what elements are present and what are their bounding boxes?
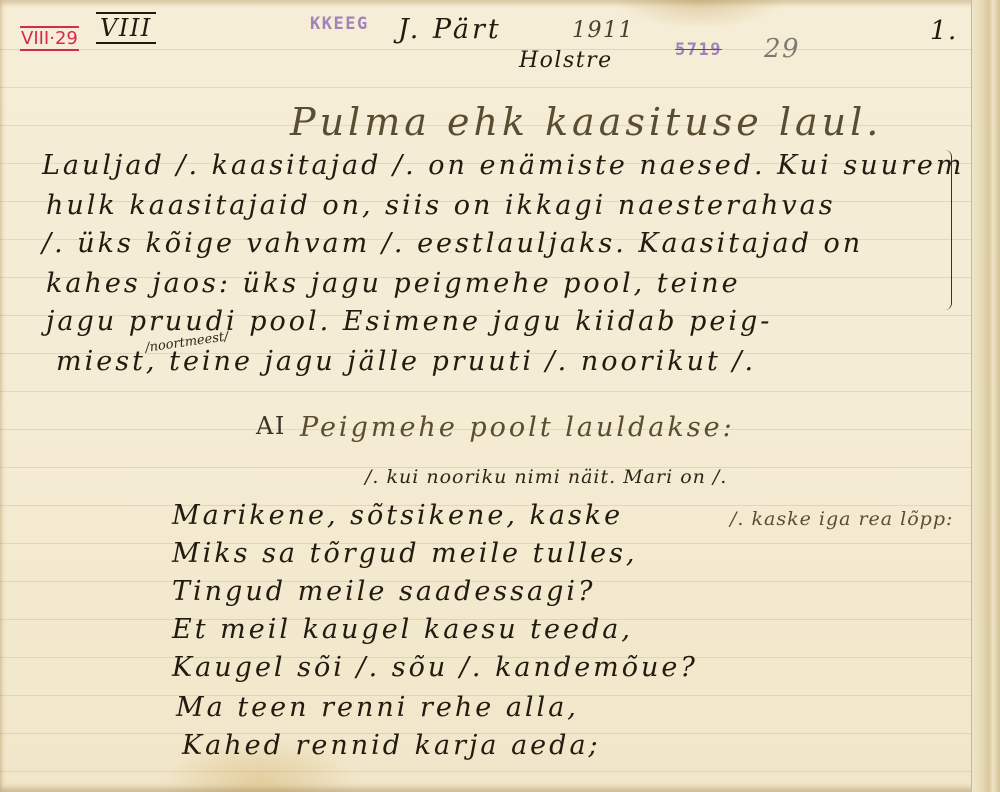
verse-line-7: Kahed rennid karja aeda; — [182, 730, 601, 761]
intro-line-4: kahes jaos: üks jagu peigmehe pool, tein… — [46, 268, 741, 299]
year: 1911 — [572, 18, 634, 43]
section-marker: AI — [256, 412, 286, 440]
verse-line-6: Ma teen renni rehe alla, — [176, 692, 579, 723]
old-number-stamp: 5719 — [675, 40, 722, 60]
section-heading: Peigmehe poolt lauldakse: — [300, 412, 735, 443]
verse-line-1: Marikene, sõtsikene, kaske — [172, 500, 623, 531]
collector-name: J. Pärt — [398, 14, 502, 45]
song-title: Pulma ehk kaasituse laul. — [290, 100, 882, 144]
notebook-page-edge — [971, 0, 1000, 792]
verse-line-3: Tingud meile saadessagi? — [172, 576, 596, 607]
repeat-note: /. kaske iga rea lõpp: — [730, 508, 953, 530]
intro-line-3: /. üks kõige vahvam /. eestlauljaks. Kaa… — [42, 228, 863, 259]
archive-ref-red: VIII·29 — [20, 28, 79, 49]
parish-name: Holstre — [519, 48, 613, 73]
faint-stamp: KKEEG — [310, 14, 369, 34]
page-number: 1. — [930, 16, 958, 46]
intro-line-1: Lauljad /. kaasitajad /. on enämiste nae… — [42, 150, 965, 181]
verse-line-5: Kaugel sõi /. sõu /. kandemõue? — [172, 652, 698, 683]
intro-line-5: jagu pruudi pool. Esimene jagu kiidab pe… — [46, 306, 772, 337]
intro-line-2: hulk kaasitajaid on, siis on ikkagi naes… — [46, 190, 836, 221]
intro-line-6: miest, teine jagu jälle pruuti /. noorik… — [56, 346, 756, 377]
manuscript-page: VIII·29 VIII KKEEG J. Pärt 1911 Holstre … — [0, 0, 1000, 792]
verse-line-4: Et meil kaugel kaesu teeda, — [172, 614, 633, 645]
section-note: /. kui nooriku nimi näit. Mari on /. — [365, 466, 727, 488]
verse-line-2: Miks sa tõrgud meile tulles, — [172, 538, 638, 569]
new-number: 29 — [764, 34, 800, 64]
volume-mark: VIII — [96, 14, 156, 42]
